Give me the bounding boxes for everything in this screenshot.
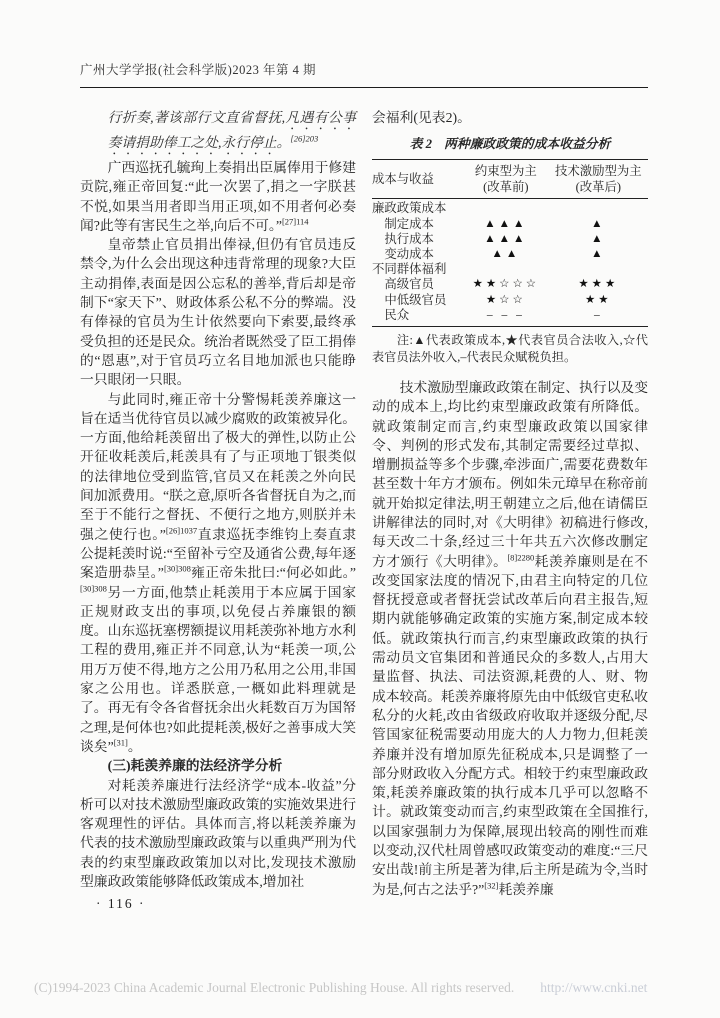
table-row: 民众 – – – – bbox=[372, 308, 648, 327]
citation-ref: [27]114 bbox=[282, 216, 309, 226]
cell-value bbox=[549, 262, 648, 277]
table-row: 不同群体福利 bbox=[372, 262, 648, 277]
table-caption-title: 两种廉政政策的成本收益分析 bbox=[444, 137, 610, 151]
text-segment: 耗羡养廉则是在不改变国家法度的情况下,由君主向特定的几位督抚授意或者督抚尝试改革… bbox=[372, 554, 648, 897]
table-row: 高级官员 ★★☆☆☆ ★★★ bbox=[372, 277, 648, 292]
row-label: 不同群体福利 bbox=[372, 262, 463, 277]
paragraph: 皇帝禁止官员捐出俸禄,但仍有官员违反禁令,为什么会出现这种违背常理的现象?大臣主… bbox=[80, 235, 356, 389]
row-label: 廉政政策成本 bbox=[372, 199, 463, 217]
cell-value: ★★ bbox=[549, 293, 648, 308]
copyright-text: (C)1994-2023 China Academic Journal Elec… bbox=[34, 980, 514, 995]
row-label: 变动成本 bbox=[372, 247, 463, 262]
block-quote: 行折奏,著该部行文直省督抚,凡遇有公事奏请捐助俸工之处,永行停止。[26]203 bbox=[108, 108, 356, 158]
column-header: 成本与收益 bbox=[372, 160, 463, 199]
citation-ref: [8]2280 bbox=[507, 552, 534, 562]
cell-value bbox=[463, 199, 549, 217]
paragraph: 与此同时,雍正帝十分警惕耗羡养廉这一旨在适当优待官员以减少腐败的政策被异化。一方… bbox=[80, 390, 356, 757]
text-segment: 耗羡养廉 bbox=[498, 882, 553, 897]
text-segment: 雍正帝朱批曰:“何必如此。” bbox=[191, 565, 356, 580]
column-header-line: 约束型为主 bbox=[463, 163, 549, 179]
cell-value: – bbox=[549, 308, 648, 327]
journal-page: 广州大学学报(社会科学版)2023 年第 4 期 行折奏,著该部行文直省督抚,凡… bbox=[0, 0, 720, 1018]
table-header: 成本与收益 约束型为主 (改革前) 技术激励型为主 (改革后) bbox=[372, 160, 648, 199]
text-segment: 另一方面,他禁止耗羡用于本应属于国家正规财政支出的事项,以免侵占养廉银的额度。山… bbox=[80, 585, 356, 754]
cell-value: ★★★ bbox=[549, 277, 648, 292]
table-row: 变动成本 ▲▲ ▲ bbox=[372, 247, 648, 262]
table-row: 制定成本 ▲▲▲ ▲ bbox=[372, 217, 648, 232]
cell-value bbox=[463, 262, 549, 277]
row-label: 制定成本 bbox=[372, 217, 463, 232]
citation-ref: [26]203 bbox=[290, 133, 318, 143]
cost-benefit-table: 成本与收益 约束型为主 (改革前) 技术激励型为主 (改革后) 廉政政策成本 bbox=[372, 159, 648, 327]
row-label: 中低级官员 bbox=[372, 293, 463, 308]
citation-ref: [31] bbox=[114, 737, 128, 747]
cell-value: ▲ bbox=[549, 247, 648, 262]
journal-title-line: 广州大学学报(社会科学版)2023 年第 4 期 bbox=[80, 63, 316, 77]
cell-value: ★★☆☆☆ bbox=[463, 277, 549, 292]
table-note: 注:▲代表政策成本,★代表官员合法收入,☆代表官员法外收入,–代表民众赋税负担。 bbox=[372, 332, 648, 366]
column-header: 技术激励型为主 (改革后) bbox=[549, 160, 648, 199]
row-label: 民众 bbox=[372, 308, 463, 327]
text-segment: 。 bbox=[128, 739, 142, 754]
paragraph: 对耗羡养廉进行法经济学“成本-收益”分析可以对技术激励型廉政政策的实施效果进行客… bbox=[80, 776, 356, 892]
text-segment: 广西巡抚孔毓珣上奏捐出臣属俸用于修建贡院,雍正帝回复:“此一次罢了,捐之一字朕甚… bbox=[80, 160, 356, 233]
column-header-line: (改革后) bbox=[549, 179, 648, 195]
section-heading: (三)耗羡养廉的法经济学分析 bbox=[80, 756, 356, 775]
citation-ref: [32] bbox=[484, 880, 498, 890]
right-column: 会福利(见表2)。 表 2两种廉政政策的成本收益分析 成本与收益 约束型为主 (… bbox=[372, 108, 648, 899]
text-segment: 技术激励型廉政政策在制定、执行以及变动的成本上,均比约束型廉政政策有所降低。就政… bbox=[372, 380, 648, 569]
cell-value bbox=[549, 199, 648, 217]
paragraph: 广西巡抚孔毓珣上奏捐出臣属俸用于修建贡院,雍正帝回复:“此一次罢了,捐之一字朕甚… bbox=[80, 158, 356, 235]
cell-value: ▲ bbox=[549, 232, 648, 247]
cell-value: ★☆☆ bbox=[463, 293, 549, 308]
table-row: 执行成本 ▲▲▲ ▲ bbox=[372, 232, 648, 247]
paragraph: 会福利(见表2)。 bbox=[372, 108, 648, 127]
cell-value: ▲▲▲ bbox=[463, 217, 549, 232]
row-label: 高级官员 bbox=[372, 277, 463, 292]
citation-ref: [30]308 bbox=[80, 583, 107, 593]
copyright-footer: (C)1994-2023 China Academic Journal Elec… bbox=[34, 980, 710, 996]
column-header-line: 技术激励型为主 bbox=[549, 163, 648, 179]
cnki-url: http://www.cnki.net bbox=[540, 980, 647, 995]
table-caption-label: 表 2 bbox=[410, 137, 432, 151]
citation-ref: [30]308 bbox=[164, 564, 191, 574]
column-header-line: (改革前) bbox=[463, 179, 549, 195]
cell-value: ▲▲▲ bbox=[463, 232, 549, 247]
citation-ref: [26]1037 bbox=[166, 525, 197, 535]
table-row: 中低级官员 ★☆☆ ★★ bbox=[372, 293, 648, 308]
table-row: 廉政政策成本 bbox=[372, 199, 648, 217]
left-column: 行折奏,著该部行文直省督抚,凡遇有公事奏请捐助俸工之处,永行停止。[26]203… bbox=[80, 108, 356, 899]
two-column-body: 行折奏,著该部行文直省督抚,凡遇有公事奏请捐助俸工之处,永行停止。[26]203… bbox=[80, 108, 648, 899]
row-label: 执行成本 bbox=[372, 232, 463, 247]
table-caption: 表 2两种廉政政策的成本收益分析 bbox=[372, 135, 648, 153]
text-segment: 与此同时,雍正帝十分警惕耗羡养廉这一旨在适当优待官员以减少腐败的政策被异化。一方… bbox=[80, 392, 356, 542]
cell-value: – – – bbox=[463, 308, 549, 327]
table-note-text: 注:▲代表政策成本,★代表官员合法收入,☆代表官员法外收入,–代表民众赋税负担。 bbox=[372, 333, 648, 364]
page-number: · 116 · bbox=[96, 896, 146, 912]
cell-value: ▲ bbox=[549, 217, 648, 232]
journal-header: 广州大学学报(社会科学版)2023 年第 4 期 bbox=[80, 60, 648, 88]
text-segment: 行折奏,著该部行文直省督抚, bbox=[108, 110, 285, 125]
cell-value: ▲▲ bbox=[463, 247, 549, 262]
paragraph: 技术激励型廉政政策在制定、执行以及变动的成本上,均比约束型廉政政策有所降低。就政… bbox=[372, 378, 648, 899]
column-header: 约束型为主 (改革前) bbox=[463, 160, 549, 199]
